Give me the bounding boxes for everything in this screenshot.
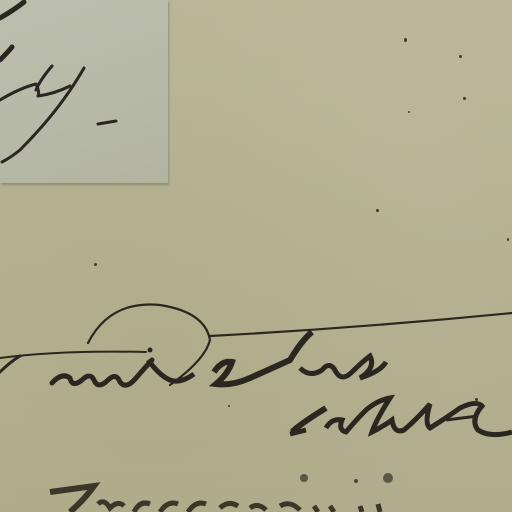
word-zuccarinii: Zuccarinii bbox=[0, 0, 393, 512]
paper-speck bbox=[459, 55, 462, 58]
handwriting-ink: videtur Zuccarinii bbox=[0, 0, 512, 512]
paper-speck bbox=[404, 38, 407, 42]
paper-speck bbox=[376, 209, 379, 212]
paper-speck bbox=[507, 238, 509, 241]
paper-speck bbox=[463, 97, 466, 100]
paper-speck bbox=[475, 398, 478, 401]
word-videtur: videtur bbox=[0, 0, 386, 385]
manuscript-page: ly - videtur bbox=[0, 0, 512, 512]
paper-speck bbox=[408, 111, 410, 113]
word-schulte bbox=[290, 398, 512, 435]
paper-speck bbox=[228, 405, 230, 407]
paper-speck bbox=[94, 263, 97, 266]
